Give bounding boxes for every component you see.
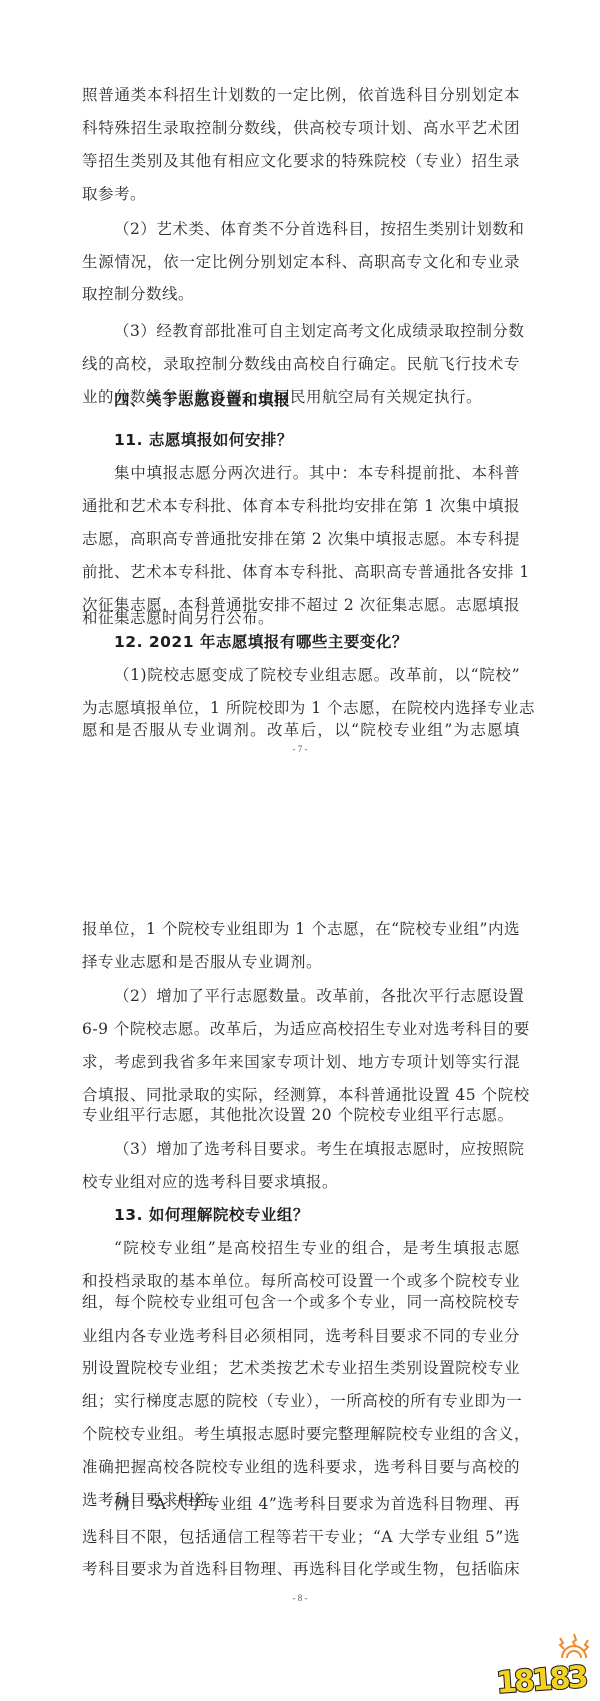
paragraph-line: 生源情况，依一定比例分别划定本科、高职高专文化和专业录 <box>82 250 520 274</box>
paragraph-line: 前批、艺术本专科批、体育本专科批、高职高专普通批各安排 1 <box>82 560 520 584</box>
paragraph-line: 取参考。 <box>82 182 520 206</box>
paragraph-line: 报单位，1 个院校专业组即为 1 个志愿，在“院校专业组”内选 <box>82 917 520 941</box>
watermark-logo-18183: 18183 <box>490 1628 595 1698</box>
paragraph-line: “院校专业组”是高校招生专业的组合，是考生填报志愿 <box>114 1236 520 1260</box>
paragraph-line: 集中填报志愿分两次进行。其中：本专科提前批、本科普 <box>114 461 520 485</box>
question-heading-12: 12. 2021 年志愿填报有哪些主要变化？ <box>114 630 520 654</box>
paragraph-line: 取控制分数线。 <box>82 282 520 306</box>
page-number: - 8 - <box>0 1593 600 1603</box>
page-number: - 7 - <box>0 744 600 754</box>
paragraph-line: （3）增加了选考科目要求。考生在填报志愿时，应按照院 <box>114 1137 520 1161</box>
paragraph-line: 愿和是否服从专业调剂。改革后，以“院校专业组”为志愿填 <box>82 718 520 742</box>
paragraph-line: 科特殊招生录取控制分数线，供高校专项计划、高水平艺术团 <box>82 116 520 140</box>
paragraph-line: 通批和艺术本专科批、体育本专科批均安排在第 1 次集中填报 <box>82 494 520 518</box>
section-heading: 四、关于志愿设置和填报 <box>114 388 520 412</box>
paragraph-line: 专业组平行志愿，其他批次设置 20 个院校专业组平行志愿。 <box>82 1103 520 1127</box>
paragraph-line: 准确把握高校各院校专业组的选科要求，选考科目要与高校的 <box>82 1455 520 1479</box>
question-heading-13: 13. 如何理解院校专业组？ <box>114 1203 520 1227</box>
paragraph-line: 组；实行梯度志愿的院校（专业），一所高校的所有专业即为一 <box>82 1389 520 1413</box>
paragraph-line: 为志愿填报单位，1 所院校即为 1 个志愿，在院校内选择专业志 <box>82 696 520 720</box>
paragraph-line: 别设置院校专业组；艺术类按艺术专业招生类别设置院校专业 <box>82 1356 520 1380</box>
paragraph-line: （1)院校志愿变成了院校专业组志愿。改革前，以“院校” <box>114 663 520 687</box>
paragraph-line: （2）增加了平行志愿数量。改革前，各批次平行志愿设置 <box>114 984 520 1008</box>
paragraph-line: 组，每个院校专业组可包含一个或多个专业，同一高校院校专 <box>82 1290 520 1314</box>
svg-text:18183: 18183 <box>495 1660 588 1698</box>
paragraph-line: 择专业志愿和是否服从专业调剂。 <box>82 950 520 974</box>
paragraph-line: 考科目要求为首选科目物理、再选科目化学或生物，包括临床 <box>82 1557 520 1581</box>
paragraph-line: （3）经教育部批准可自主划定高考文化成绩录取控制分数 <box>114 319 520 343</box>
paragraph-line: 照普通类本科招生计划数的一定比例，依首选科目分别划定本 <box>82 83 520 107</box>
question-heading-11: 11. 志愿填报如何安排？ <box>114 428 520 452</box>
sun-logo-icon: 18183 <box>490 1628 595 1698</box>
paragraph-line: 线的高校，录取控制分数线由高校自行确定。民航飞行技术专 <box>82 352 520 376</box>
paragraph-line: 求，考虑到我省多年来国家专项计划、地方专项计划等实行混 <box>82 1050 520 1074</box>
paragraph-line: 例：“A 大学专业组 4”选考科目要求为首选科目物理、再 <box>114 1492 520 1516</box>
paragraph-line: 个院校专业组。考生填报志愿时要完整理解院校专业组的含义， <box>82 1422 520 1446</box>
paragraph-line: 6-9 个院校志愿。改革后，为适应高校招生专业对选考科目的要 <box>82 1017 520 1041</box>
paragraph-line: 业组内各专业选考科目必须相同，选考科目要求不同的专业分 <box>82 1324 520 1348</box>
paragraph-line: （2）艺术类、体育类不分首选科目，按招生类别计划数和 <box>114 217 520 241</box>
paragraph-line: 等招生类别及其他有相应文化要求的特殊院校（专业）招生录 <box>82 149 520 173</box>
paragraph-line: 校专业组对应的选考科目要求填报。 <box>82 1170 520 1194</box>
paragraph-line: 选科目不限，包括通信工程等若干专业；“A 大学专业组 5”选 <box>82 1525 520 1549</box>
paragraph-line: 志愿，高职高专普通批安排在第 2 次集中填报志愿。本专科提 <box>82 527 520 551</box>
paragraph-line: 和征集志愿时间另行公布。 <box>82 606 520 630</box>
